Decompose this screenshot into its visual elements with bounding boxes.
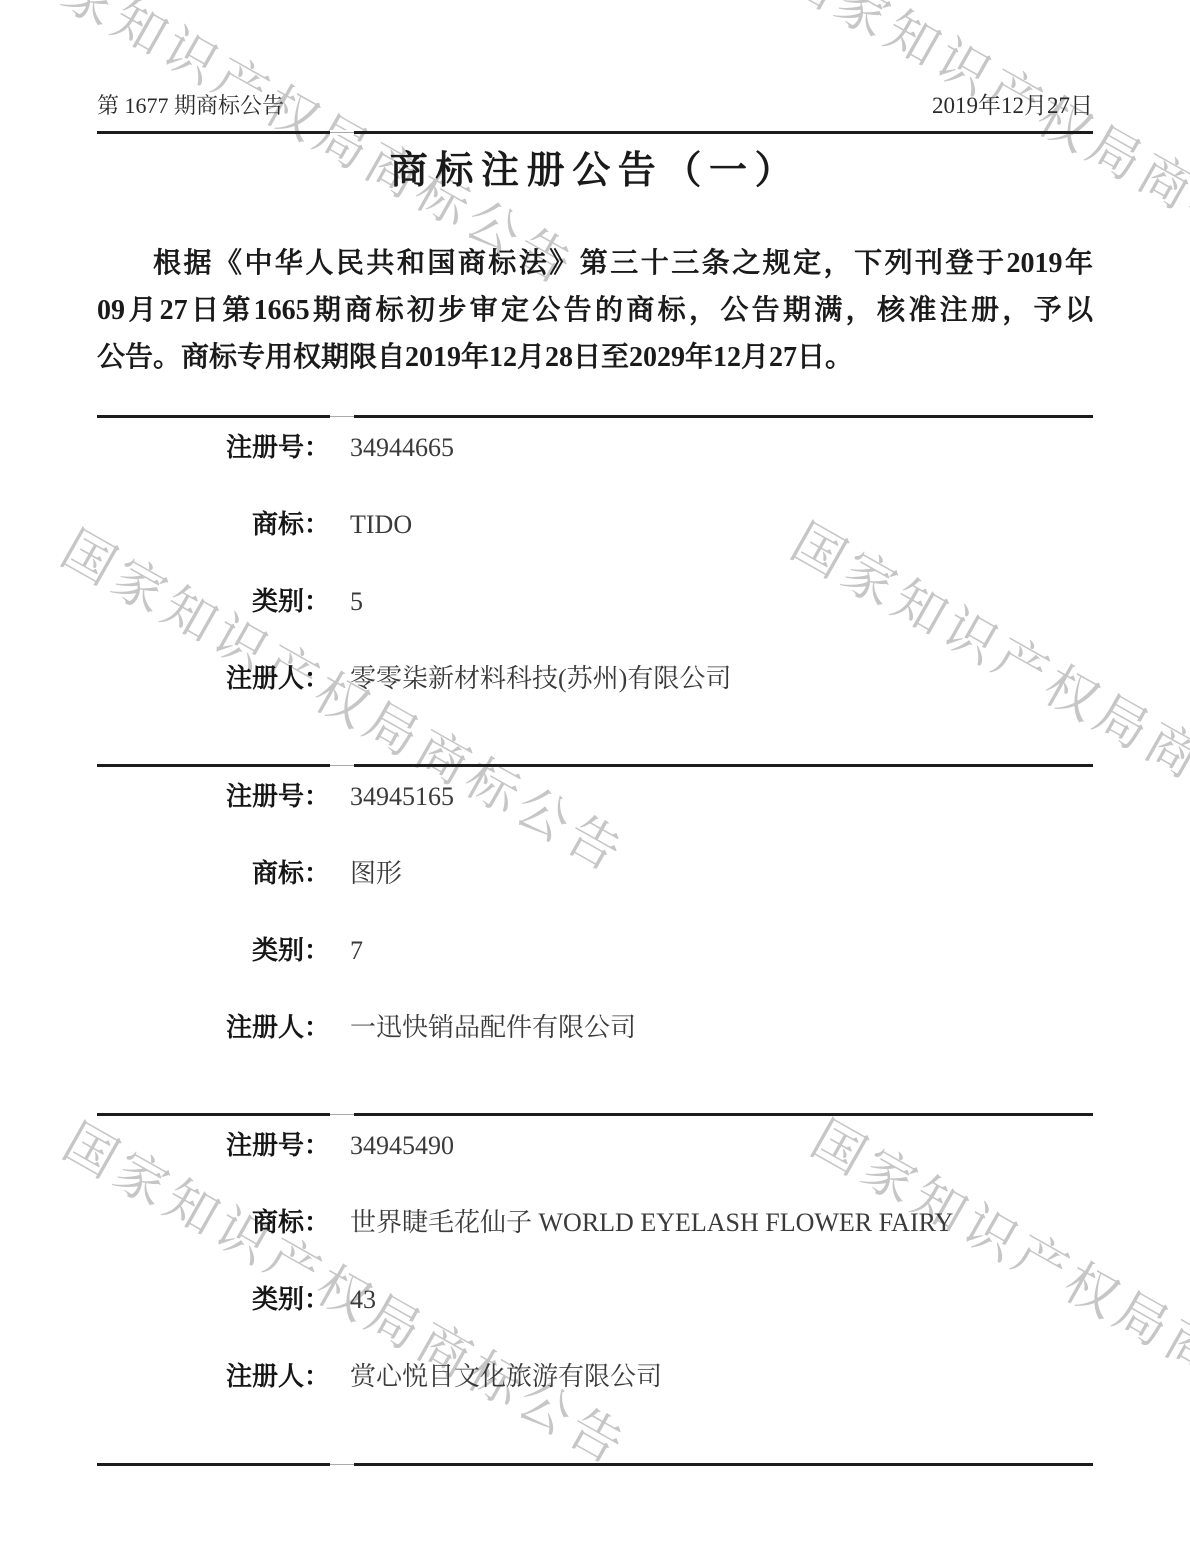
registration-number-value: 34945490 — [350, 1131, 454, 1160]
intro-paragraph: 根据《中华人民共和国商标法》第三十三条之规定，下列刊登于2019年 09月27日… — [97, 240, 1093, 381]
trademark-entry: 注册号：34945490 商标：世界睫毛花仙子 WORLD EYELASH FL… — [97, 1113, 1093, 1462]
rule-gap — [330, 130, 354, 135]
field-label: 注册人： — [97, 1360, 330, 1394]
trademark-name-value: TIDO — [350, 510, 412, 539]
registration-number-row: 注册号：34945490 — [97, 1129, 1093, 1163]
field-label: 类别： — [97, 934, 330, 968]
field-label: 商标： — [97, 508, 330, 542]
registrant-row: 注册人：零零柒新材料科技(苏州)有限公司 — [97, 662, 1093, 696]
registration-number-value: 34945165 — [350, 782, 454, 811]
registration-number-row: 注册号：34945165 — [97, 780, 1093, 814]
trademark-name-value: 图形 — [350, 859, 402, 888]
rule-gap — [330, 1462, 354, 1467]
trademark-entry: 注册号：34945165 商标：图形 类别：7 注册人：一迅快销品配件有限公司 — [97, 764, 1093, 1113]
field-label: 注册号： — [97, 780, 330, 814]
registrant-row: 注册人：赏心悦目文化旅游有限公司 — [97, 1360, 1093, 1394]
class-row: 类别：43 — [97, 1283, 1093, 1317]
registration-number-row: 注册号：34944665 — [97, 431, 1093, 465]
bottom-rule — [97, 1463, 1093, 1466]
field-label: 注册人： — [97, 662, 330, 696]
trademark-gazette-page: 国家知识产权局商标公告 国家知识产权局商标公告 国家知识产权局商标公告 国家知识… — [0, 0, 1190, 1564]
field-label: 类别： — [97, 585, 330, 619]
trademark-name-row: 商标：TIDO — [97, 508, 1093, 542]
page-title: 商标注册公告（一） — [0, 146, 1190, 196]
field-label: 注册人： — [97, 1011, 330, 1045]
trademark-name-row: 商标：世界睫毛花仙子 WORLD EYELASH FLOWER FAIRY — [97, 1206, 1093, 1240]
registration-number-value: 34944665 — [350, 433, 454, 462]
registrant-row: 注册人：一迅快销品配件有限公司 — [97, 1011, 1093, 1045]
gazette-issue-label: 第 1677 期商标公告 — [97, 92, 284, 120]
field-label: 注册号： — [97, 431, 330, 465]
class-row: 类别：5 — [97, 585, 1093, 619]
class-value: 5 — [350, 587, 363, 616]
registrant-value: 赏心悦目文化旅游有限公司 — [350, 1362, 662, 1391]
gazette-date: 2019年12月27日 — [932, 92, 1093, 120]
field-label: 注册号： — [97, 1129, 330, 1163]
header-rule — [97, 131, 1093, 134]
trademark-entry: 注册号：34944665 商标：TIDO 类别：5 注册人：零零柒新材料科技(苏… — [97, 415, 1093, 764]
trademark-name-value: 世界睫毛花仙子 WORLD EYELASH FLOWER FAIRY — [350, 1208, 953, 1237]
page-header: 第 1677 期商标公告 2019年12月27日 — [97, 92, 1093, 120]
class-value: 43 — [350, 1285, 376, 1314]
registrant-value: 零零柒新材料科技(苏州)有限公司 — [350, 664, 731, 693]
registrant-value: 一迅快销品配件有限公司 — [350, 1013, 636, 1042]
field-label: 商标： — [97, 857, 330, 891]
trademark-name-row: 商标：图形 — [97, 857, 1093, 891]
class-row: 类别：7 — [97, 934, 1093, 968]
intro-line: 09月27日第1665期商标初步审定公告的商标，公告期满，核准注册，予以 — [97, 287, 1093, 334]
page-content: 第 1677 期商标公告 2019年12月27日 商标注册公告（一） 根据《中华… — [0, 0, 1190, 1564]
intro-line: 根据《中华人民共和国商标法》第三十三条之规定，下列刊登于2019年 — [97, 240, 1093, 287]
class-value: 7 — [350, 936, 363, 965]
intro-line: 公告。商标专用权期限自2019年12月28日至2029年12月27日。 — [97, 334, 1093, 381]
field-label: 类别： — [97, 1283, 330, 1317]
field-label: 商标： — [97, 1206, 330, 1240]
